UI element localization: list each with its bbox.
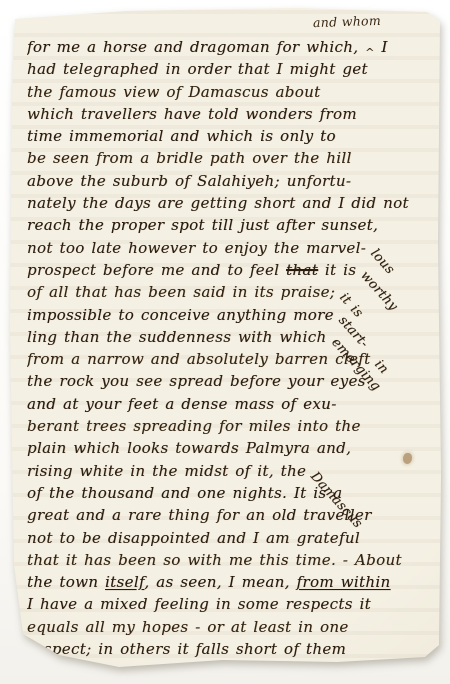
line-text: above the suburb of Salahiyeh; unfortu-	[27, 172, 351, 190]
line-text: rising white in the midst of it, the	[27, 462, 306, 480]
line-text: which travellers have told wonders from	[27, 105, 357, 123]
line-text: reach the proper spot till just after su…	[27, 216, 378, 234]
letter-page: and whom for me a horse and dragoman for…	[7, 5, 444, 673]
handwritten-line: ling than the suddenness with whichemerg…	[27, 326, 436, 348]
handwritten-line: not too late however to enjoy the marvel…	[27, 237, 436, 259]
line-text: I have a mixed feeling in some respects …	[27, 595, 371, 613]
line-text: time immemorial and which is only to	[27, 127, 336, 145]
letter-body: for me a horse and dragoman for which, ^…	[27, 36, 436, 667]
handwritten-line: great and a rare thing for an old travel…	[27, 504, 436, 526]
handwritten-line: berant trees spreading for miles into th…	[27, 415, 436, 437]
line-text: not to be disappointed and I am grateful	[27, 529, 360, 547]
line-text: berant trees spreading for miles into th…	[27, 417, 361, 435]
handwritten-line: impossible to conceive anything morestar…	[27, 304, 436, 326]
handwritten-line: not to be disappointed and I am grateful	[27, 527, 436, 549]
line-text: be seen from a bridle path over the hill	[27, 149, 352, 167]
handwritten-line: from a narrow and absolutely barren clef…	[27, 348, 436, 370]
line-text: of all that has been said in its praise;	[27, 283, 335, 301]
handwritten-line: for me a horse and dragoman for which, ^…	[27, 36, 436, 58]
line-text: for me a horse and dragoman for which,	[27, 38, 365, 56]
handwritten-line: reach the proper spot till just after su…	[27, 214, 436, 236]
insertion-text: and whom	[313, 13, 381, 30]
scan-background: and whom for me a horse and dragoman for…	[0, 0, 450, 684]
handwritten-line: be seen from a bridle path over the hill	[27, 147, 436, 169]
line-text: plain which looks towards Palmyra and,	[27, 439, 351, 457]
line-text: had telegraphed in order that I might ge…	[27, 60, 368, 78]
line-text: it is	[318, 261, 356, 279]
line-text: that it has been so with me this time. -…	[27, 551, 402, 569]
handwritten-line: rising white in the midst of it, theDama…	[27, 460, 436, 482]
line-text: ling than the suddenness with which	[27, 328, 327, 346]
line-text: , as seen, I mean,	[144, 573, 296, 591]
line-text: prospect before me and to feel	[27, 261, 286, 279]
underline-word: itself	[105, 573, 144, 591]
line-text: the famous view of Damascus about	[27, 83, 321, 101]
handwritten-line: I have a mixed feeling in some respects …	[27, 593, 436, 615]
line-text: and at your feet a dense mass of exu-	[27, 395, 337, 413]
underline-word: from within	[297, 573, 391, 591]
strike-word: that	[286, 261, 318, 279]
line-text: of the thousand and one nights. It is a	[27, 484, 342, 502]
handwritten-line: the famous view of Damascus about	[27, 81, 436, 103]
handwritten-line: respect; in others it falls short of the…	[27, 638, 436, 660]
line-text: I	[375, 38, 388, 56]
handwritten-line: nately the days are getting short and I …	[27, 192, 436, 214]
paper-shadow: and whom for me a horse and dragoman for…	[0, 0, 450, 684]
handwritten-line: the town itself, as seen, I mean, from w…	[27, 571, 436, 593]
line-text: great and a rare thing for an old travel…	[27, 506, 372, 524]
handwritten-line: time immemorial and which is only to	[27, 125, 436, 147]
handwritten-line: that it has been so with me this time. -…	[27, 549, 436, 571]
handwritten-line: of the thousand and one nights. It is a	[27, 482, 436, 504]
handwritten-line: above the suburb of Salahiyeh; unfortu-	[27, 170, 436, 192]
line-text: respect; in others it falls short of the…	[27, 640, 346, 658]
caret-word: ^	[365, 46, 375, 59]
line-text: the rock you see spread before your eyes	[27, 372, 366, 390]
handwritten-line: equals all my hopes - or at least in one	[27, 616, 436, 638]
handwritten-line: had telegraphed in order that I might ge…	[27, 58, 436, 80]
interlinear-insertion: and whom	[313, 13, 381, 30]
line-text: impossible to conceive anything more	[27, 306, 334, 324]
line-text: not too late however to enjoy the marvel…	[27, 239, 366, 257]
handwritten-line: which travellers have told wonders from	[27, 103, 436, 125]
line-text: nately the days are getting short and I …	[27, 194, 409, 212]
line-text: the town	[27, 573, 105, 591]
handwritten-line: and at your feet a dense mass of exu-	[27, 393, 436, 415]
line-text: equals all my hopes - or at least in one	[27, 618, 349, 636]
handwritten-line: plain which looks towards Palmyra and,	[27, 437, 436, 459]
line-text: from a narrow and absolutely barren clef…	[27, 350, 370, 368]
